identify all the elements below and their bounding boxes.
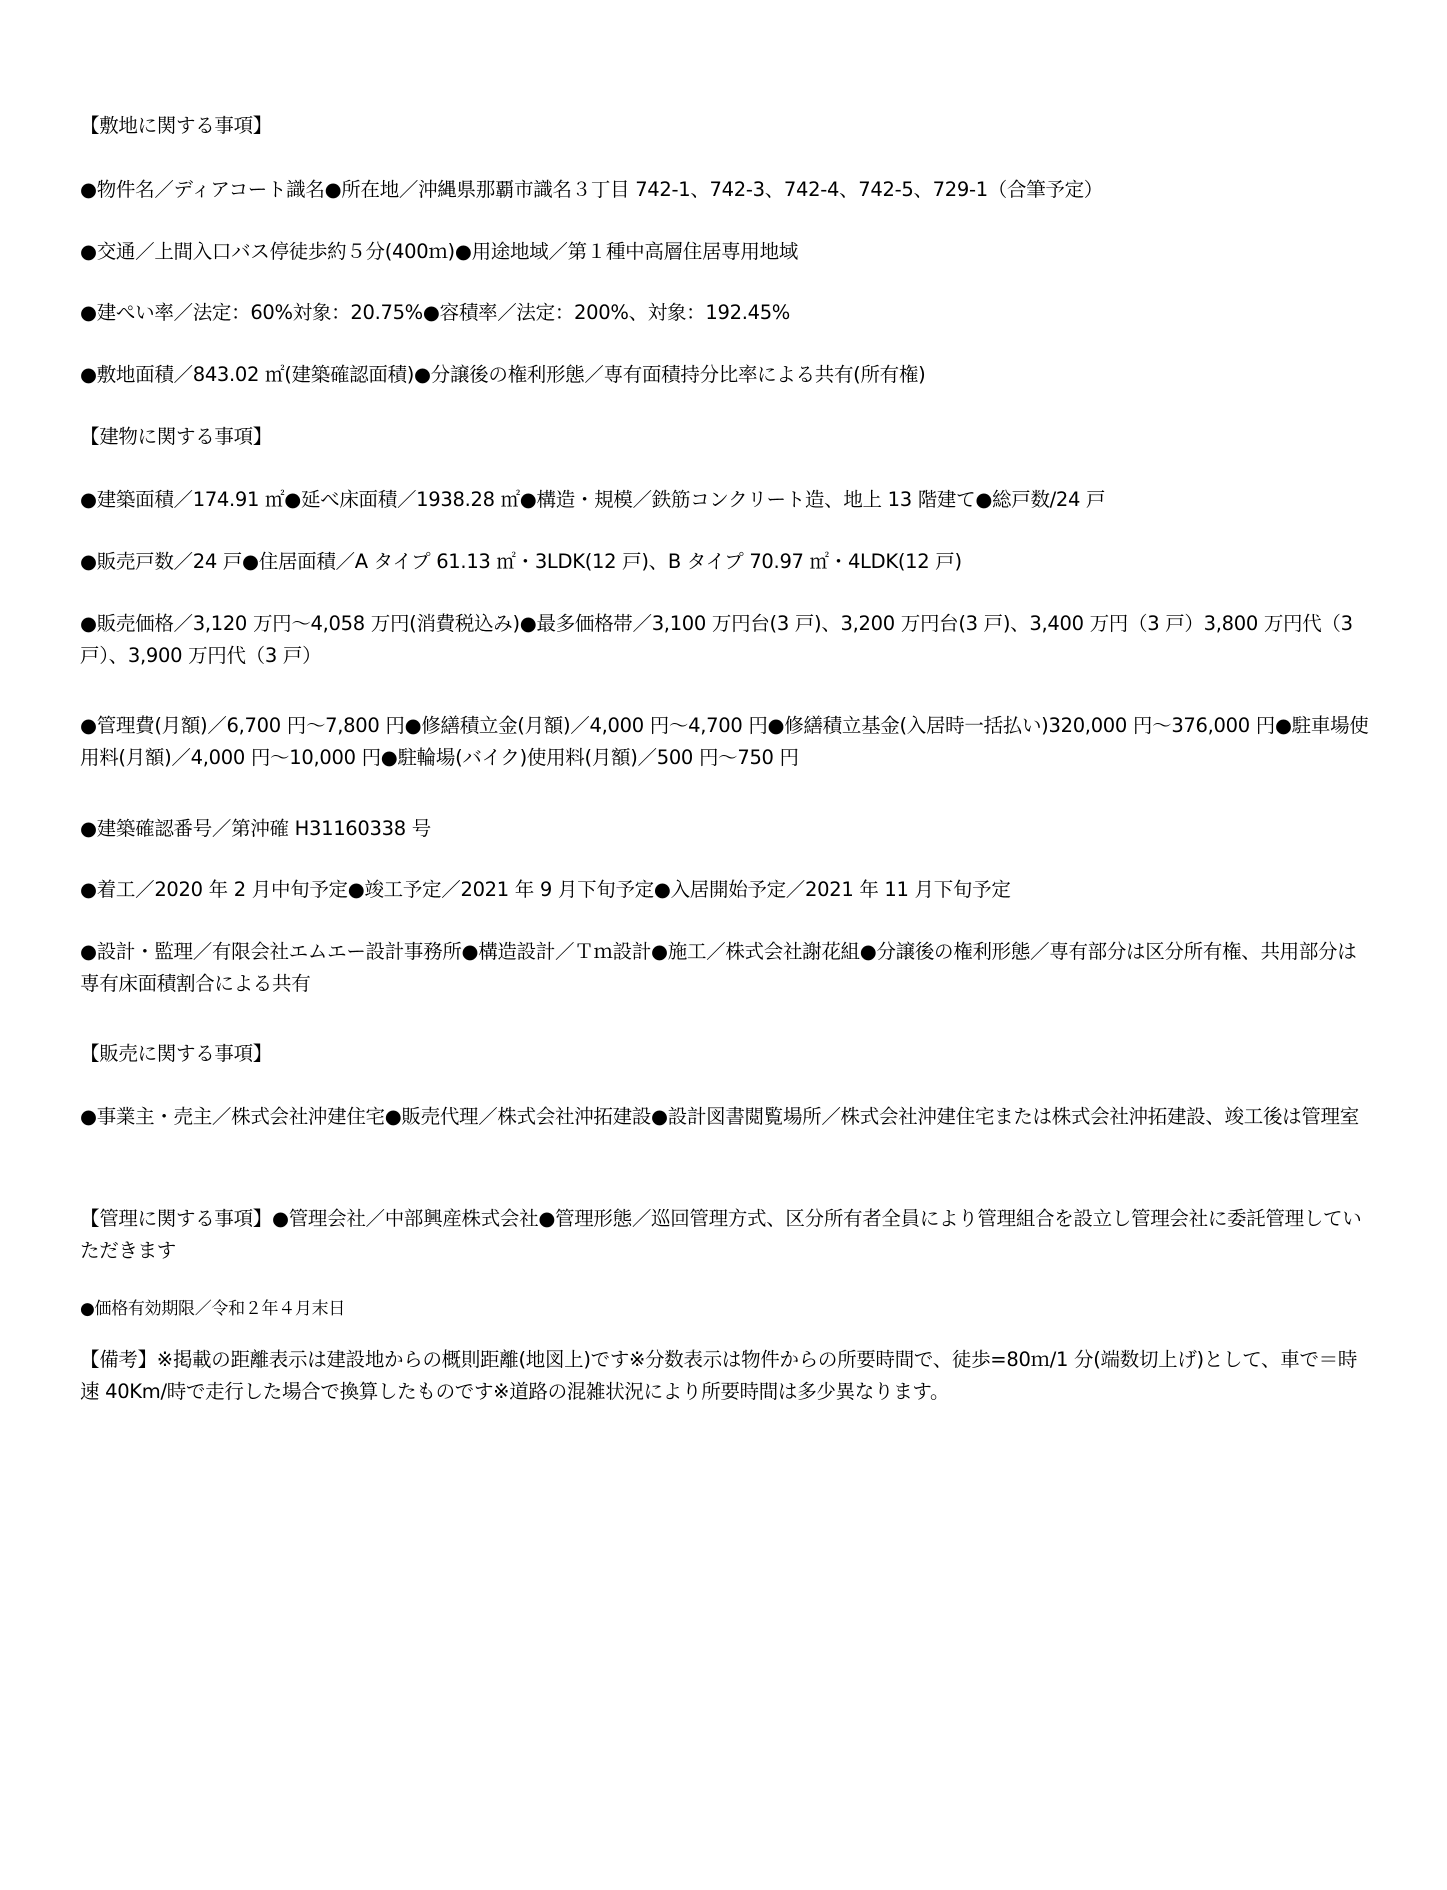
construction-schedule: ●着工／2020 年 2 月中旬予定●竣工予定／2021 年 9 月下旬予定●入… — [80, 874, 1011, 906]
price-validity: ●価格有効期限／令和２年４月末日 — [80, 1293, 345, 1325]
transport-zoning: ●交通／上間入口バス停徒歩約５分(400ｍ)●用途地域／第１種中高層住居専用地域 — [80, 236, 798, 268]
fees: ●管理費(月額)／6,700 円～7,800 円●修繕積立金(月額)／4,000… — [80, 710, 1375, 774]
management-info: 【管理に関する事項】●管理会社／中部興産株式会社●管理形態／巡回管理方式、区分所… — [80, 1203, 1375, 1267]
units-floor-area: ●販売戸数／24 戸●住居面積／A タイプ 61.13 ㎡・3LDK(12 戸)… — [80, 546, 962, 578]
section-heading-sales: 【販売に関する事項】 — [80, 1038, 272, 1070]
coverage-ratios: ●建ぺい率／法定：60%対象：20.75%●容積率／法定：200%、対象：192… — [80, 297, 790, 329]
section-heading-building: 【建物に関する事項】 — [80, 421, 272, 453]
building-permit-number: ●建築確認番号／第沖確 H31160338 号 — [80, 813, 431, 845]
sales-price: ●販売価格／3,120 万円～4,058 万円(消費税込み)●最多価格帯／3,1… — [80, 608, 1375, 672]
property-name-location: ●物件名／ディアコート識名●所在地／沖縄県那覇市識名３丁目 742-1、742-… — [80, 174, 1103, 206]
remarks: 【備考】※掲載の距離表示は建設地からの概則距離(地図上)です※分数表示は物件から… — [80, 1344, 1375, 1408]
site-area-rights: ●敷地面積／843.02 ㎡(建築確認面積)●分譲後の権利形態／専有面積持分比率… — [80, 359, 925, 391]
section-heading-site: 【敷地に関する事項】 — [80, 110, 272, 142]
building-area-structure: ●建築面積／174.91 ㎡●延べ床面積／1938.28 ㎡●構造・規模／鉄筋コ… — [80, 484, 1105, 516]
design-construction-parties: ●設計・監理／有限会社エムエー設計事務所●構造設計／Ｔｍ設計●施工／株式会社謝花… — [80, 936, 1375, 1000]
seller-agent: ●事業主・売主／株式会社沖建住宅●販売代理／株式会社沖拓建設●設計図書閲覧場所／… — [80, 1101, 1375, 1133]
